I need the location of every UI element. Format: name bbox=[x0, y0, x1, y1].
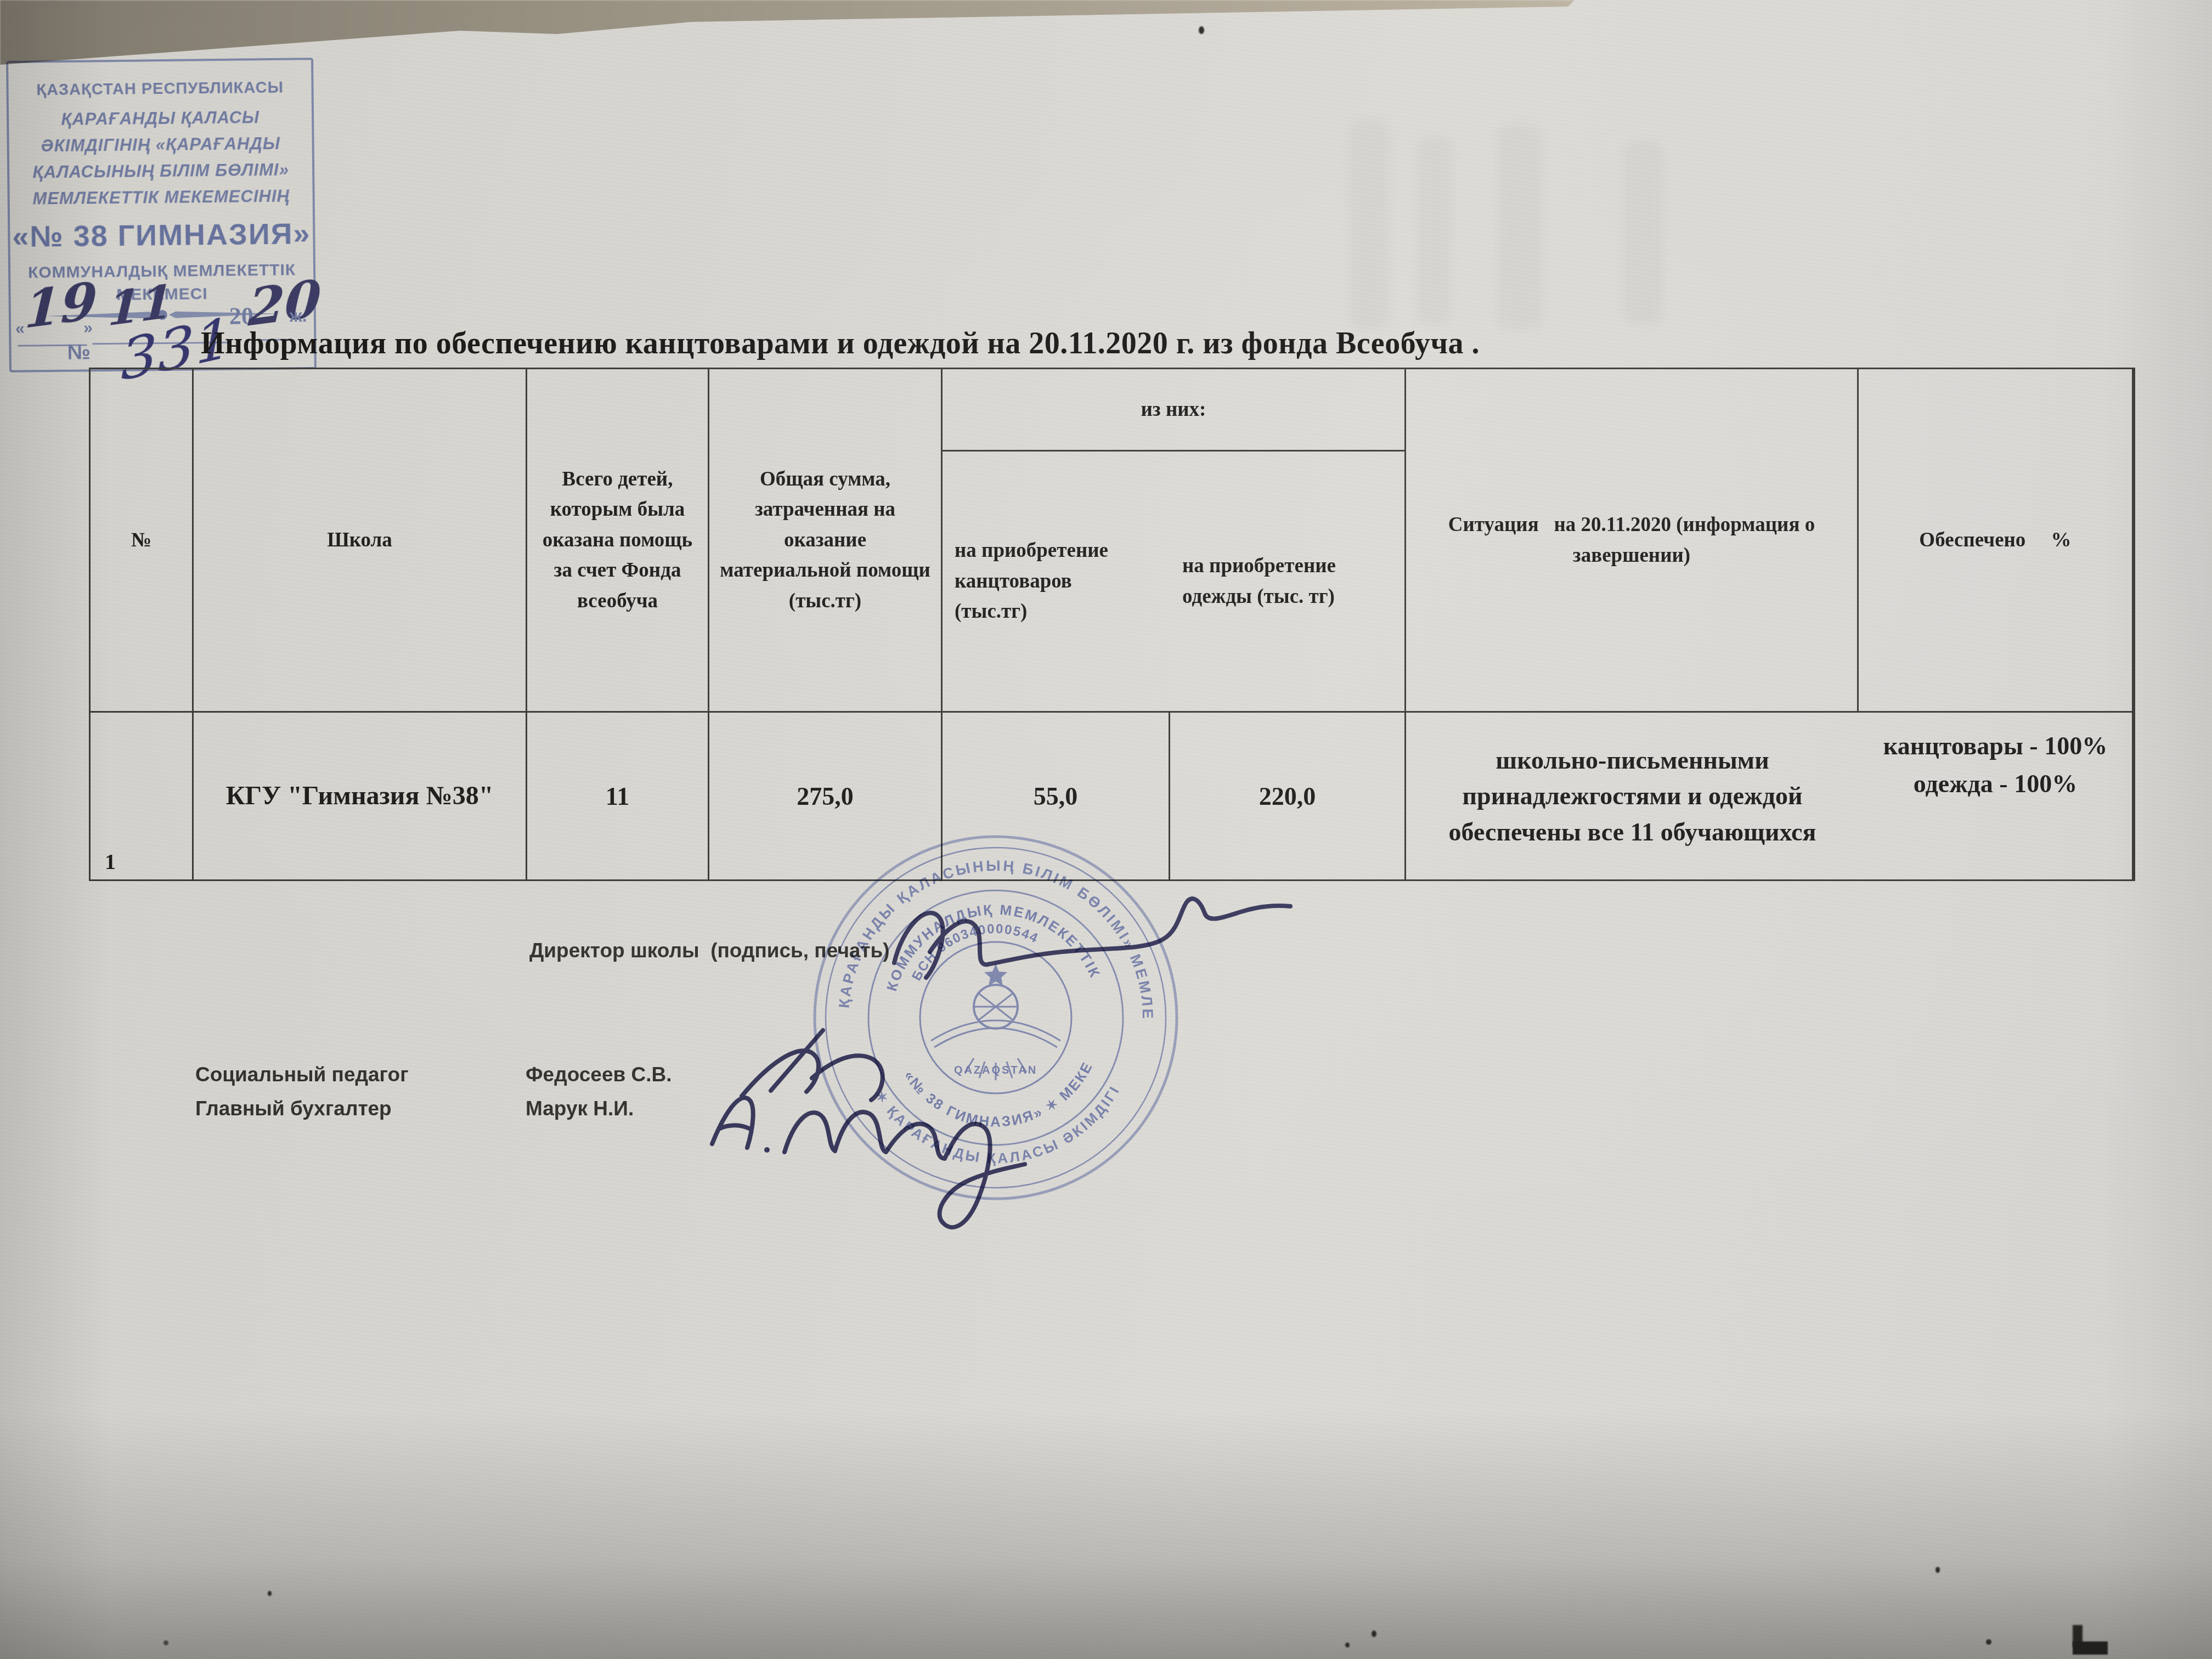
photo-speck bbox=[268, 1591, 272, 1596]
photo-speck bbox=[1372, 1630, 1376, 1637]
official-name-1: Федосеев С.В. bbox=[526, 1063, 672, 1086]
bleed-streak bbox=[1498, 126, 1542, 329]
provided-clothing: одежда - 100% bbox=[1883, 765, 2107, 803]
photo-speck bbox=[1199, 26, 1204, 34]
doc-number-label: № bbox=[67, 341, 91, 364]
row-cell-school: КГУ "Гимназия №38" bbox=[194, 713, 527, 879]
close-quote: » bbox=[83, 319, 93, 337]
header-of-them: из них: bbox=[943, 369, 1406, 452]
header-stationery-text: на приобретение канцтоваров (тыс.тг) bbox=[955, 535, 1136, 627]
official-position-2: Главный бухгалтер bbox=[195, 1097, 392, 1120]
signature-dot bbox=[764, 1147, 770, 1153]
photo-speck bbox=[1936, 1567, 1940, 1573]
official-name-2: Марук Н.И. bbox=[526, 1097, 634, 1120]
header-clothing-text: на приобретение одежды (тыс. тг) bbox=[1182, 551, 1363, 612]
provided-stationery: канцтовары - 100% bbox=[1883, 727, 2107, 765]
year-suffix: ж. bbox=[290, 306, 307, 326]
handwritten-signatures bbox=[686, 867, 1344, 1295]
fedoseev-signature bbox=[742, 1030, 883, 1100]
header-total-sum: Общая сумма, затраченная на оказание мат… bbox=[709, 369, 943, 713]
photo-speck bbox=[163, 1640, 168, 1645]
photo-corner-mark bbox=[2073, 1641, 2108, 1655]
stamp-line: ҚАРАҒАНДЫ ҚАЛАСЫ bbox=[9, 107, 312, 130]
bleed-streak bbox=[1418, 137, 1451, 324]
header-school: Школа bbox=[194, 369, 527, 713]
stamp-line: ҚАЗАҚСТАН РЕСПУБЛИКАСЫ bbox=[8, 78, 311, 100]
header-no: № bbox=[91, 369, 194, 713]
maruk-signature bbox=[712, 1098, 1025, 1227]
stamp-line: ҚАЛАСЫНЫҢ БІЛІМ БӨЛІМІ» bbox=[9, 160, 312, 183]
header-situation: Ситуация на 20.11.2020 (информация о зав… bbox=[1406, 369, 1859, 713]
official-position-1: Социальный педагог bbox=[195, 1063, 409, 1086]
row-cell-children: 11 bbox=[527, 713, 709, 879]
table-surface-edge bbox=[0, 0, 2212, 71]
stamp-line: МЕМЛЕКЕТТІК МЕКЕМЕСІНІҢ bbox=[9, 186, 312, 209]
document-title: Информация по обеспечению канцтоварами и… bbox=[201, 326, 1605, 361]
stamp-line: ӘКІМДІГІНІҢ «ҚАРАҒАНДЫ bbox=[9, 133, 312, 156]
header-children: Всего детей, которым была оказана помощь… bbox=[527, 369, 709, 713]
row-cell-provided: канцтовары - 100%одежда - 100% bbox=[1859, 713, 2134, 879]
row-number: 1 bbox=[105, 845, 116, 878]
photo-speck bbox=[1345, 1643, 1350, 1647]
row-cell-situation: школьно-письменными принадлежгостями и о… bbox=[1406, 713, 1859, 879]
header-provided: Обеспечено % bbox=[1859, 369, 2134, 713]
header-clothing: на приобретение одежды (тыс. тг) bbox=[1170, 452, 1406, 713]
director-signature bbox=[894, 899, 1290, 978]
row-cell-no: 1 bbox=[91, 713, 194, 879]
handwritten-year: 20 bbox=[247, 273, 322, 334]
row-cell-clothing: 220,0 bbox=[1170, 713, 1406, 879]
photo-speck bbox=[1986, 1639, 1991, 1645]
header-stationery: на приобретение канцтоваров (тыс.тг) bbox=[943, 452, 1170, 713]
report-table: № Школа Всего детей, которым была оказан… bbox=[89, 368, 2135, 881]
bleed-streak bbox=[1350, 121, 1388, 329]
bleed-streak bbox=[1624, 143, 1662, 324]
stamp-school-name: «№ 38 ГИМНАЗИЯ» bbox=[10, 217, 313, 254]
document-photo: ҚАЗАҚСТАН РЕСПУБЛИКАСЫ ҚАРАҒАНДЫ ҚАЛАСЫ … bbox=[0, 0, 2212, 1659]
